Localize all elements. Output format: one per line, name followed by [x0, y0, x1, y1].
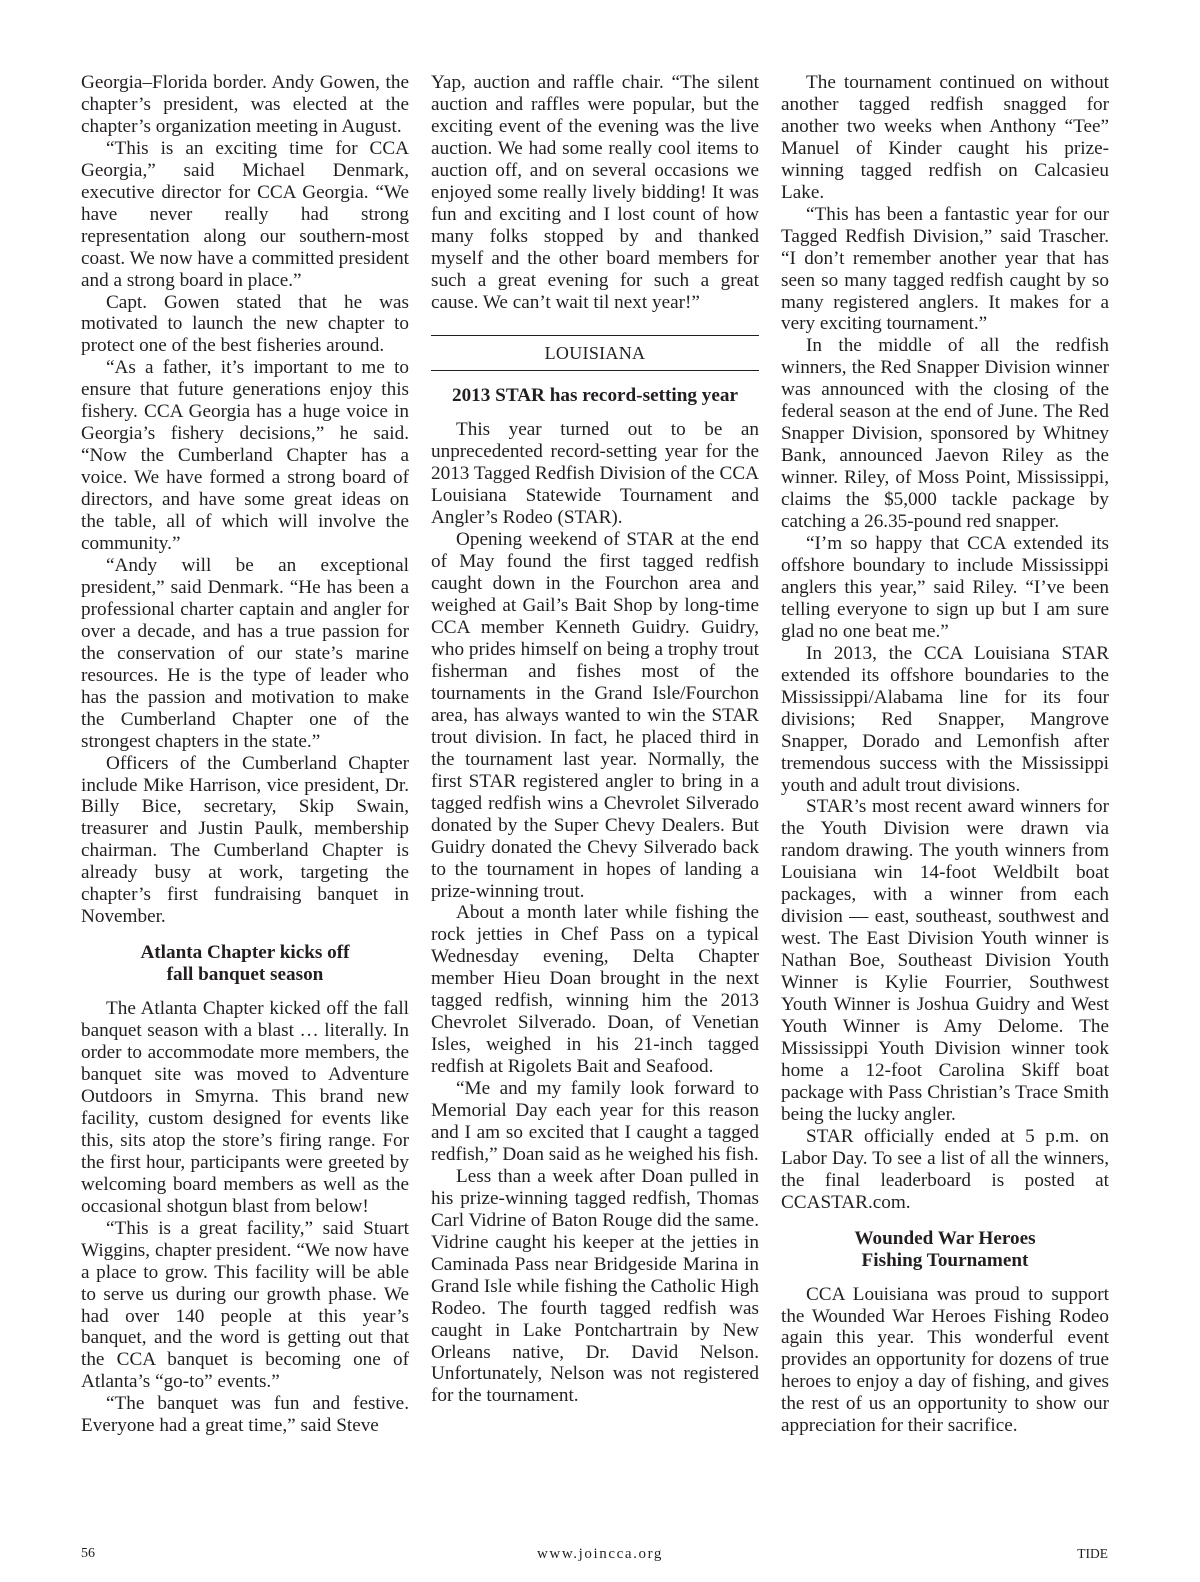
- paragraph: “I’m so happy that CCA extended its offs…: [781, 533, 1109, 643]
- subheading-line: Atlanta Chapter kicks off: [81, 942, 409, 964]
- paragraph: Less than a week after Doan pulled in hi…: [431, 1166, 759, 1407]
- paragraph: Capt. Gowen stated that he was motivated…: [81, 292, 409, 358]
- paragraph: Officers of the Cumberland Chapter inclu…: [81, 753, 409, 929]
- subheading-line: Wounded War Heroes: [781, 1228, 1109, 1250]
- paragraph: “Me and my family look forward to Memori…: [431, 1078, 759, 1166]
- article-column-1: Georgia–Florida border. Andy Gowen, the …: [81, 72, 409, 1437]
- paragraph: “This has been a fantastic year for our …: [781, 204, 1109, 336]
- paragraph: In 2013, the CCA Louisiana STAR extended…: [781, 643, 1109, 797]
- article-column-3: The tournament continued on without anot…: [781, 72, 1109, 1437]
- paragraph: “This is an exciting time for CCA Georgi…: [81, 138, 409, 292]
- article-column-2: Yap, auction and raffle chair. “The sile…: [431, 72, 759, 1407]
- subheading-line: Fishing Tournament: [781, 1250, 1109, 1272]
- paragraph: “Andy will be an exceptional president,”…: [81, 555, 409, 753]
- paragraph: CCA Louisiana was proud to support the W…: [781, 1284, 1109, 1438]
- magazine-name: TIDE: [1077, 1546, 1108, 1562]
- footer-url: www.joincca.org: [0, 1546, 1200, 1563]
- paragraph: STAR officially ended at 5 p.m. on Labor…: [781, 1126, 1109, 1214]
- paragraph: “As a father, it’s important to me to en…: [81, 357, 409, 555]
- paragraph: STAR’s most recent award winners for the…: [781, 796, 1109, 1125]
- paragraph: Yap, auction and raffle chair. “The sile…: [431, 72, 759, 313]
- section-header-louisiana: LOUISIANA: [431, 335, 759, 371]
- paragraph: The Atlanta Chapter kicked off the fall …: [81, 998, 409, 1218]
- paragraph: Georgia–Florida border. Andy Gowen, the …: [81, 72, 409, 138]
- paragraph: The tournament continued on without anot…: [781, 72, 1109, 204]
- paragraph: “This is a great facility,” said Stuart …: [81, 1218, 409, 1394]
- subheading-atlanta-chapter: Atlanta Chapter kicks off fall banquet s…: [81, 942, 409, 986]
- subheading-line: 2013 STAR has record-setting year: [431, 385, 759, 407]
- subheading-wounded-war-heroes: Wounded War Heroes Fishing Tournament: [781, 1228, 1109, 1272]
- paragraph: In the middle of all the redfish winners…: [781, 335, 1109, 533]
- paragraph: About a month later while fishing the ro…: [431, 902, 759, 1078]
- paragraph: This year turned out to be an unpreceden…: [431, 419, 759, 529]
- paragraph: “The banquet was fun and festive. Everyo…: [81, 1393, 409, 1437]
- paragraph: Opening weekend of STAR at the end of Ma…: [431, 529, 759, 902]
- subheading-line: fall banquet season: [81, 964, 409, 986]
- subheading-2013-star: 2013 STAR has record-setting year: [431, 385, 759, 407]
